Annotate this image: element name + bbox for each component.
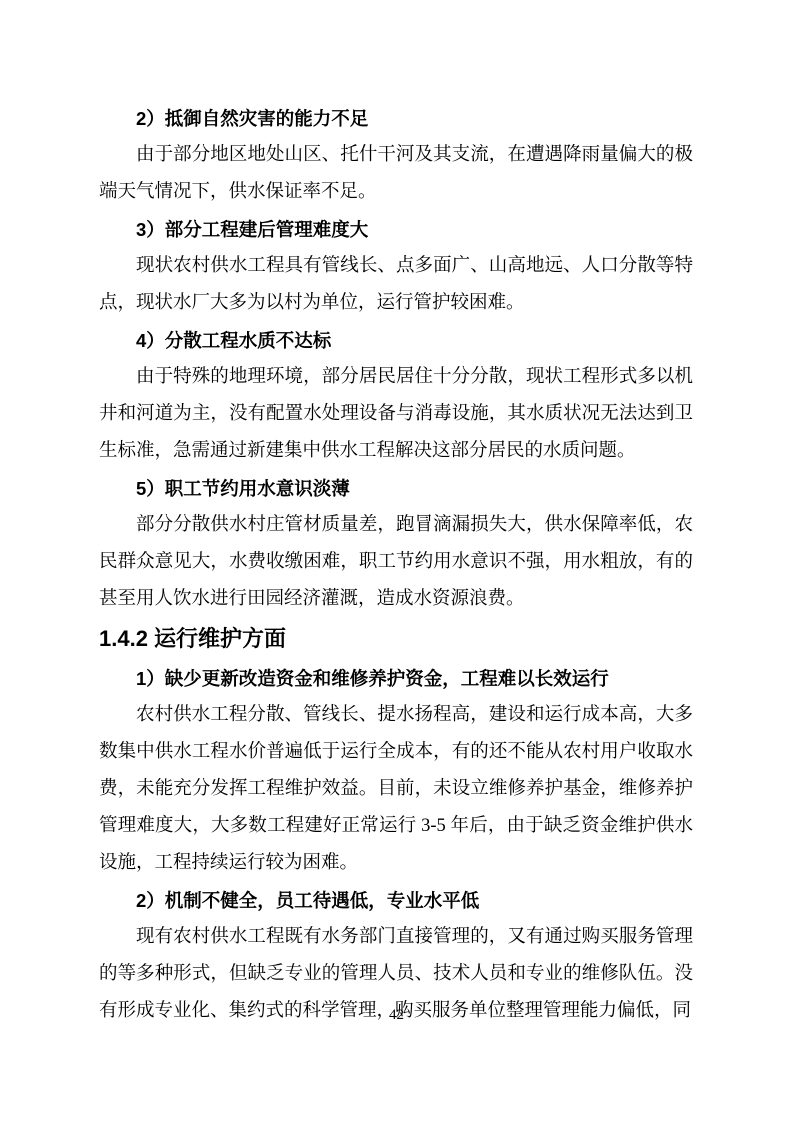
heading-post-construction-management: 3）部分工程建后管理难度大 xyxy=(99,211,693,248)
paragraph-water-quality: 由于特殊的地理环境，部分居民居住十分分散，现状工程形式多以机井和河道为主，没有配… xyxy=(99,359,693,470)
document-content: 2）抵御自然灾害的能力不足 由于部分地区地处山区、托什干河及其支流，在遭遇降雨量… xyxy=(99,100,693,1030)
heading-funding-shortage: 1）缺少更新改造资金和维修养护资金，工程难以长效运行 xyxy=(99,660,693,697)
heading-mechanism-issues: 2）机制不健全，员工待遇低，专业水平低 xyxy=(99,882,693,919)
paragraph-funding-shortage: 农村供水工程分散、管线长、提水扬程高，建设和运行成本高，大多数集中供水工程水价普… xyxy=(99,697,693,882)
heading-water-quality: 4）分散工程水质不达标 xyxy=(99,322,693,359)
paragraph-water-saving-awareness: 部分分散供水村庄管材质量差，跑冒滴漏损失大，供水保障率低，农民群众意见大，水费收… xyxy=(99,507,693,618)
document-page: 2）抵御自然灾害的能力不足 由于部分地区地处山区、托什干河及其支流，在遭遇降雨量… xyxy=(0,0,793,1122)
paragraph-post-construction-management: 现状农村供水工程具有管线长、点多面广、山高地远、人口分散等特点，现状水厂大多为以… xyxy=(99,248,693,322)
paragraph-disaster-resistance: 由于部分地区地处山区、托什干河及其支流，在遭遇降雨量偏大的极端天气情况下，供水保… xyxy=(99,137,693,211)
page-number: 42 xyxy=(389,1007,404,1023)
heading-disaster-resistance: 2）抵御自然灾害的能力不足 xyxy=(99,100,693,137)
section-heading-operation-maintenance: 1.4.2 运行维护方面 xyxy=(99,618,693,660)
page-footer: 42 xyxy=(0,1006,793,1024)
heading-water-saving-awareness: 5）职工节约用水意识淡薄 xyxy=(99,470,693,507)
